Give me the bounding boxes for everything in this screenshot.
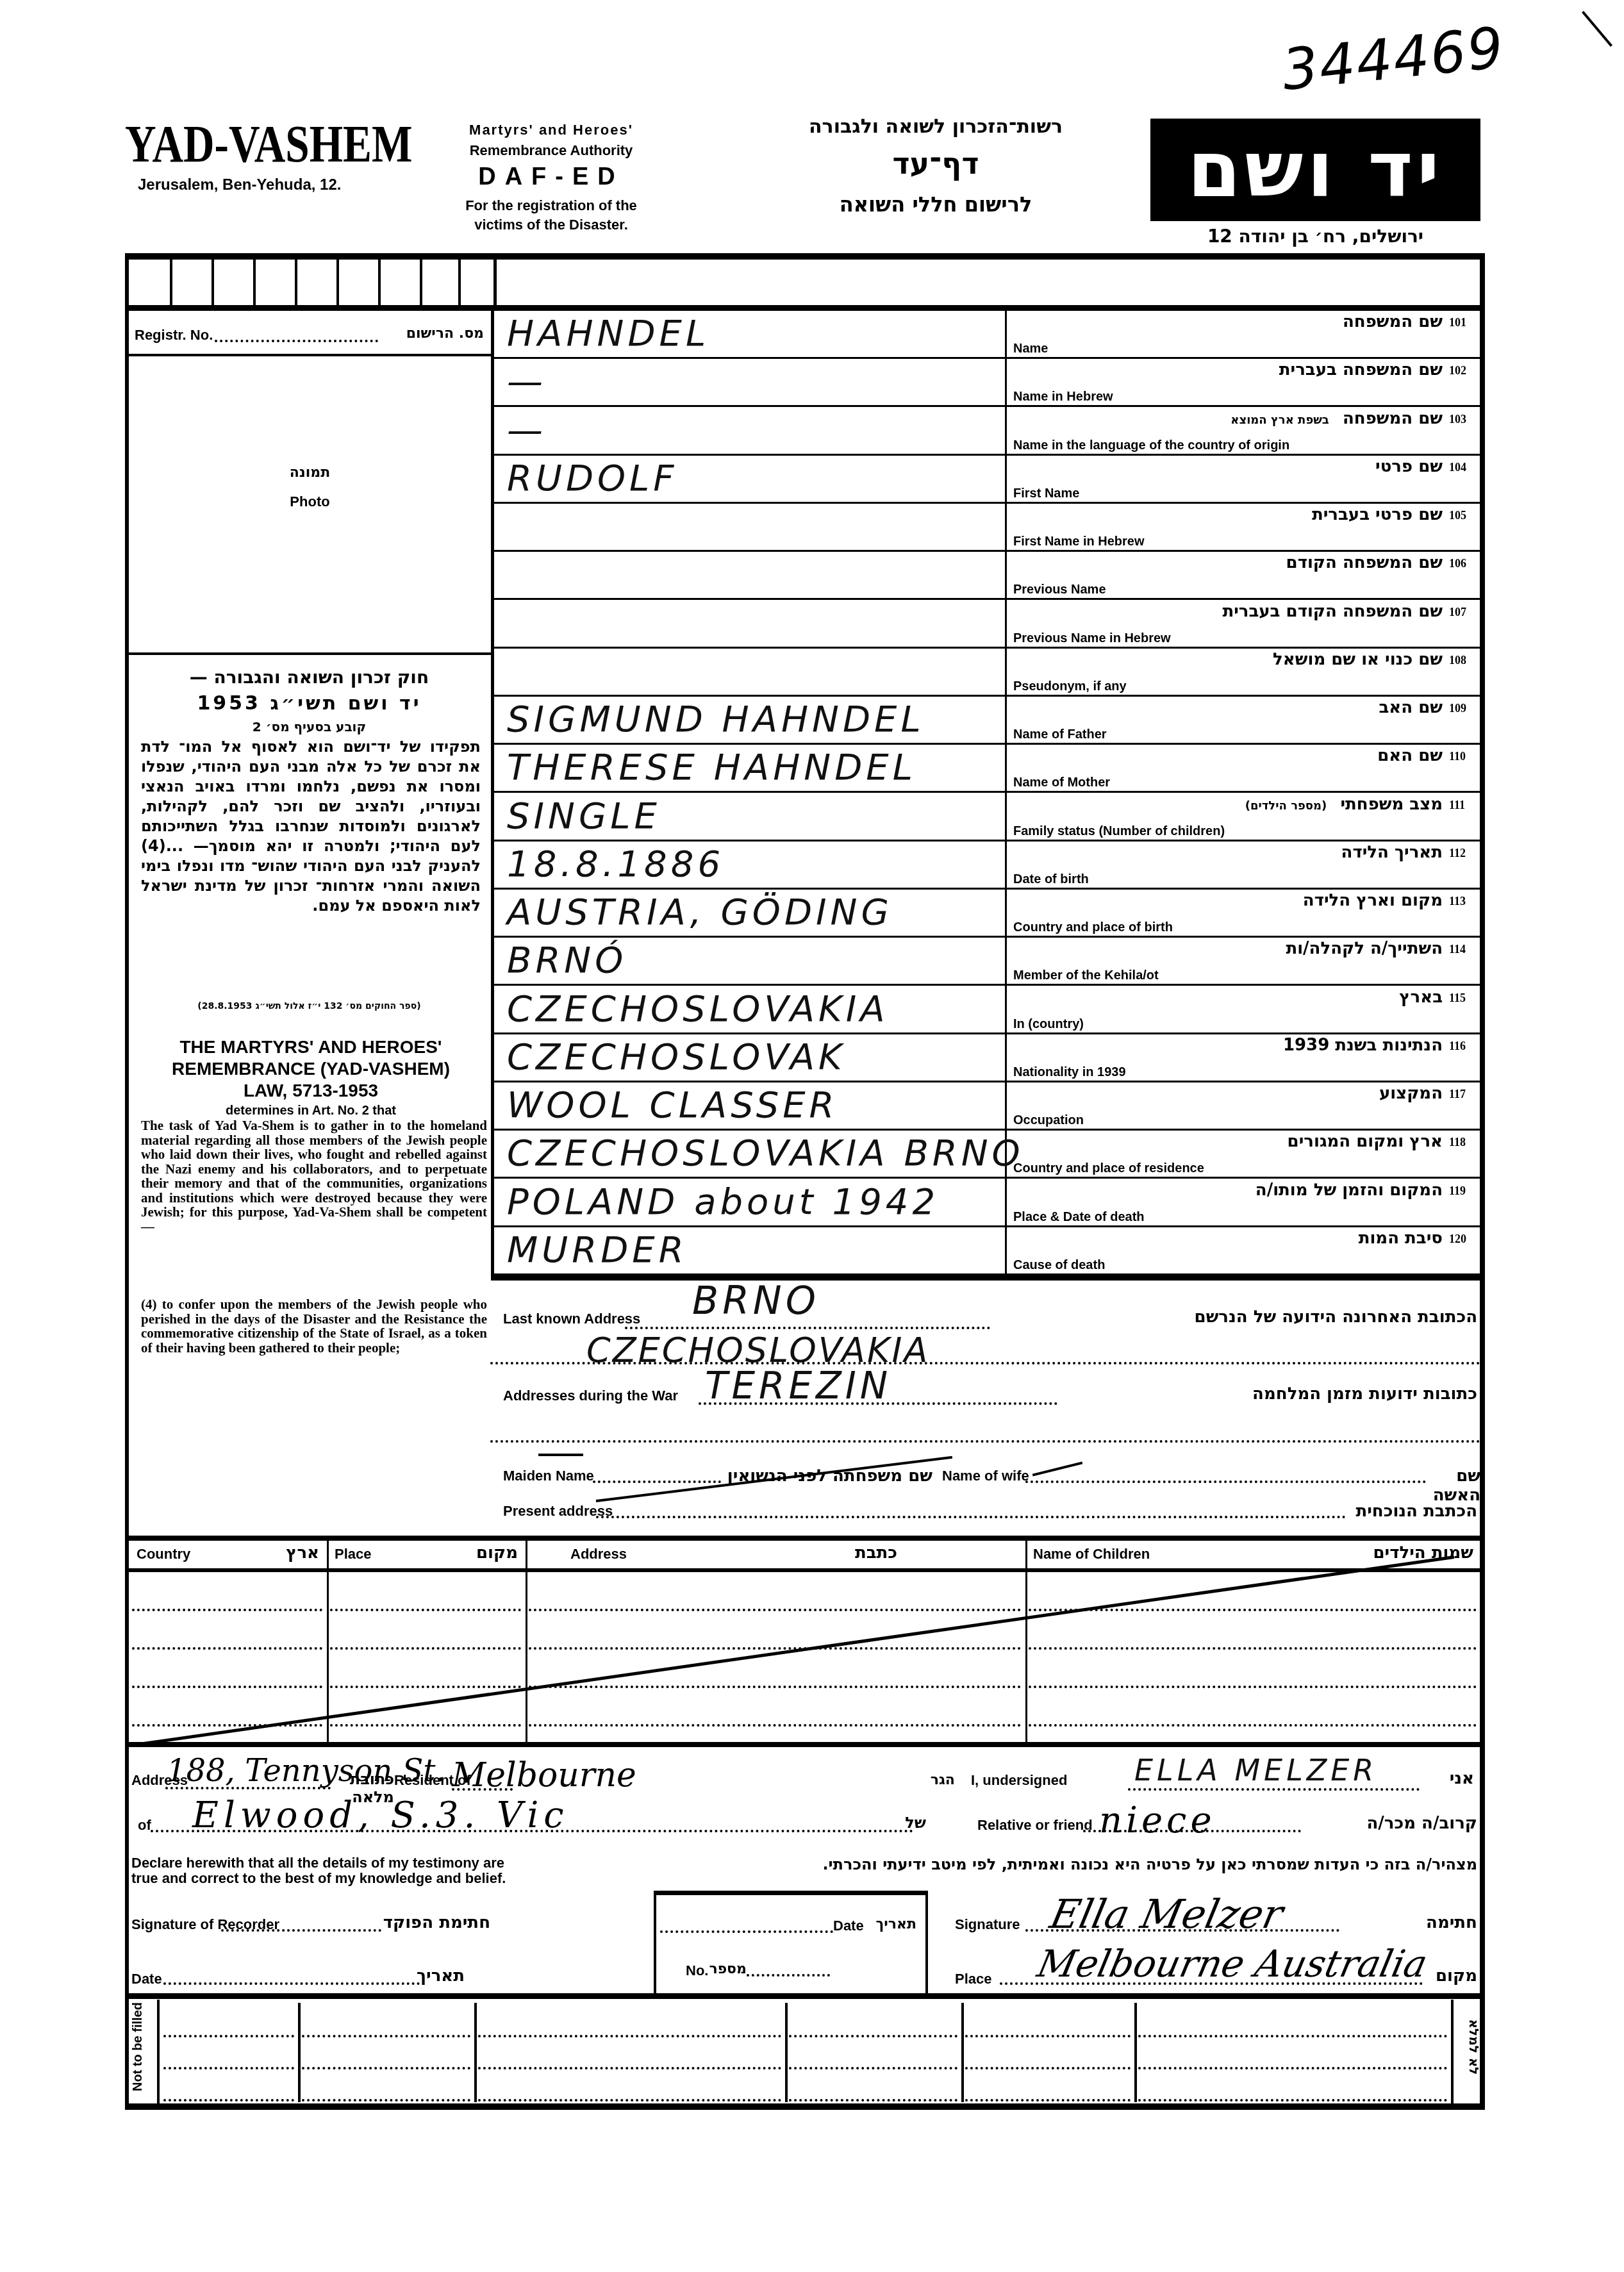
children-cell-input[interactable] [132, 1609, 322, 1611]
field-value[interactable]: BRNÓ [507, 940, 1007, 981]
field-label-en: Member of the Kehila/ot [1013, 968, 1159, 983]
registration-input[interactable] [215, 340, 378, 342]
field-label-he: שם המשפחה בשפת ארץ המוצא [1013, 409, 1443, 428]
address-bottom [129, 1536, 1481, 1541]
purpose-he: לרישום חללי השואה [769, 192, 1102, 217]
undersigned-label-he: אני [1423, 1769, 1474, 1788]
registration-label-he: מס. הרישום [378, 326, 484, 342]
of-input[interactable] [151, 1830, 913, 1832]
field-label-he: שם המשפחה הקודם בעברית [1013, 602, 1443, 621]
footer-cell [965, 2035, 1131, 2037]
signature-input[interactable] [1025, 1929, 1339, 1932]
last-known-label-he: הכתובת האחרונה הידועה של הנרשם [1000, 1307, 1477, 1327]
last-known-label-en: Last known Address [503, 1311, 640, 1327]
footer-left-divider [157, 2000, 160, 2105]
field-number: 120 [1449, 1232, 1466, 1246]
law-he-subtitle: קובע בסעיף מס׳ 2 [135, 719, 484, 734]
field-value[interactable]: 18.8.1886 [507, 844, 1007, 885]
footer-col-divider [1134, 2003, 1137, 2102]
office-no-label-he: מספר [708, 1961, 747, 1977]
footer-cell [302, 2099, 470, 2102]
children-cell-input[interactable] [132, 1724, 322, 1727]
field-label-en: First Name in Hebrew [1013, 535, 1145, 549]
footer-cell [789, 2035, 957, 2037]
relative-label-en: Relative or friend [977, 1817, 1093, 1834]
footer-cell [478, 2035, 781, 2037]
field-label-he-text: תאריך הלידה [1341, 843, 1443, 862]
children-col-header: Name of Children שמות הילדים [1025, 1541, 1481, 1569]
photo-bottom [129, 652, 492, 655]
witness-address-input[interactable] [165, 1787, 331, 1789]
declare-he: מצהיר/ה בזה כי העדות שמסרתי כאן על פרטיה… [510, 1855, 1477, 1873]
frame-right [1480, 253, 1485, 2109]
field-row-108: 108 שם כנוי או שם מושאל Pseudonym, if an… [494, 649, 1480, 697]
field-label-he: המקום והזמן של מותו/ה [1013, 1181, 1443, 1200]
footer-cell [478, 2099, 781, 2102]
footer-cell [1138, 2067, 1447, 2069]
frame-bottom [125, 2103, 1485, 2110]
document-number: 344469 [1279, 14, 1508, 103]
field-row-101: HAHNDEL 101 שם המשפחה Name [494, 311, 1480, 359]
present-input[interactable] [596, 1516, 1346, 1518]
children-col-header: Place מקום [327, 1541, 526, 1569]
field-row-120: MURDER 120 סיבת המות Cause of death [494, 1227, 1480, 1275]
address-en: Jerusalem, Ben-Yehuda, 12. [138, 176, 341, 194]
field-number: 118 [1449, 1136, 1466, 1149]
authority-en-2: Remembrance Authority [417, 142, 686, 159]
field-row-112: 18.8.1886 112 תאריך הלידה Date of birth [494, 842, 1480, 890]
field-row-104: RUDOLF 104 שם פרטי First Name [494, 456, 1480, 504]
field-label-he-text: מצב משפחתי [1340, 795, 1443, 814]
recorder-label-he: חתימת הפוקד [378, 1913, 490, 1932]
strip-divider [170, 256, 172, 308]
field-label-en: Name of Mother [1013, 775, 1110, 790]
children-cell-input[interactable] [330, 1609, 521, 1611]
footer-col-divider [298, 2003, 301, 2102]
field-row-115: CZECHOSLOVAKIA 115 בארץ In (country) [494, 986, 1480, 1034]
field-label-he-text: בארץ [1399, 988, 1443, 1007]
field-number: 102 [1449, 364, 1466, 377]
field-label-he: סיבת המות [1013, 1229, 1443, 1248]
field-number: 108 [1449, 654, 1466, 667]
field-label-he: שם האב [1013, 698, 1443, 717]
registration-label-en: Registr. No. [135, 327, 213, 344]
footer-cell [965, 2099, 1131, 2102]
footer-cell [302, 2067, 470, 2069]
children-cell-input[interactable] [1029, 1724, 1477, 1727]
undersigned-input[interactable] [1128, 1788, 1420, 1791]
footer-cell [163, 2035, 294, 2037]
field-row-119: POLAND about 1942 119 המקום והזמן של מות… [494, 1179, 1480, 1227]
field-row-line [494, 1177, 1480, 1179]
field-label-he-text: שם המשפחה הקודם [1286, 553, 1443, 572]
field-label-en: Nationality in 1939 [1013, 1065, 1126, 1080]
field-row-line [494, 984, 1480, 986]
children-cell-input[interactable] [132, 1686, 322, 1688]
office-box [654, 1891, 928, 1999]
field-row-102: — 102 שם המשפחה בעברית Name in Hebrew [494, 359, 1480, 407]
field-label-en: Occupation [1013, 1113, 1084, 1128]
field-label-he: הנתינות בשנת 1939 [1013, 1036, 1443, 1055]
field-label-en: Previous Name in Hebrew [1013, 631, 1171, 646]
field-label-he-small: (מספר הילדים) [1245, 799, 1327, 813]
form-name-he: דף־עד [769, 146, 1102, 181]
law-en-body2: (4) to confer upon the members of the Je… [141, 1297, 487, 1355]
field-number: 101 [1449, 316, 1466, 329]
wife-label-he: שם האשה [1423, 1466, 1480, 1505]
strip-bottom [125, 305, 1485, 311]
last-known-input-1[interactable] [625, 1327, 990, 1329]
field-label-en: First Name [1013, 486, 1079, 501]
children-cell-input[interactable] [330, 1647, 521, 1650]
field-value[interactable]: — [507, 361, 1007, 402]
children-col-header: Address כתבת [526, 1541, 1025, 1569]
brand-en: YAD-VASHEM [125, 114, 412, 174]
field-number: 109 [1449, 702, 1466, 715]
frame-top [125, 253, 1485, 260]
field-label-he-text: המקום והזמן של מותו/ה [1255, 1181, 1443, 1200]
field-label-he: שם פרטי בעברית [1013, 505, 1443, 524]
field-label-he: שם האם [1013, 746, 1443, 765]
field-label-he-text: סיבת המות [1359, 1229, 1443, 1248]
office-no-label-en: No. [686, 1962, 708, 1979]
place-input[interactable] [1000, 1982, 1423, 1985]
field-row-106: 106 שם המשפחה הקודם Previous Name [494, 552, 1480, 600]
field-label-en: Date of birth [1013, 872, 1089, 887]
declare-en: Declare herewith that all the details of… [131, 1855, 510, 1886]
field-label-he-text: שם האב [1379, 698, 1443, 717]
brand-he-logo: יד ושם [1150, 119, 1480, 221]
children-table-bottom [129, 1742, 1481, 1747]
of-label-en: of [138, 1817, 151, 1834]
war-input-2[interactable] [490, 1440, 1480, 1443]
field-number: 106 [1449, 557, 1466, 570]
field-label-he-text: שם פרטי בעברית [1312, 505, 1443, 524]
signature-label-en: Signature [955, 1916, 1020, 1933]
resident-input[interactable] [452, 1788, 513, 1791]
strip-divider [420, 256, 422, 308]
field-number: 105 [1449, 509, 1466, 522]
children-cell-input[interactable] [330, 1686, 521, 1688]
field-number: 111 [1449, 799, 1465, 812]
strip-divider [458, 256, 461, 308]
children-strike [134, 1555, 1454, 1746]
field-label-he: ארץ ומקום המגורים [1013, 1132, 1443, 1151]
last-known-input-2[interactable] [490, 1362, 1480, 1364]
field-label-he-text: שם פרטי [1375, 457, 1443, 476]
children-cell-input[interactable] [1029, 1647, 1477, 1650]
children-header-bottom [129, 1568, 1481, 1572]
field-value[interactable]: MURDER [507, 1230, 1007, 1271]
place-label-he: מקום [1410, 1966, 1477, 1986]
not-to-be-filled-he: לא למלא [1466, 1993, 1482, 2102]
authority-en-1: Martyrs' and Heroes' [417, 122, 686, 138]
footer-right-divider [1451, 2000, 1454, 2105]
field-row-line [494, 405, 1480, 407]
authority-he: רשות־הזכרון לשואה ולגבורה [769, 115, 1102, 138]
undersigned-value[interactable]: ELLA MELZER [1134, 1753, 1377, 1787]
form-name-en: DAF-ED [417, 163, 686, 191]
maiden-input[interactable] [593, 1480, 721, 1483]
address-he: ירושלים, רח׳ בן יהודה 12 [1150, 226, 1480, 247]
footer-col-divider [785, 2003, 788, 2102]
field-label-en: Family status (Number of children) [1013, 824, 1225, 839]
col-header-en: Name of Children [1033, 1546, 1150, 1563]
relative-input[interactable] [1083, 1830, 1301, 1832]
field-label-he-text: שם המשפחה הקודם בעברית [1222, 602, 1443, 621]
footer-col-divider [961, 2003, 964, 2102]
field-label-en: Country and place of residence [1013, 1161, 1204, 1176]
maiden-label-en: Maiden Name [503, 1468, 594, 1484]
purpose-en-2: victims of the Disaster. [417, 217, 686, 233]
field-value[interactable]: — [507, 410, 1007, 451]
resident-label-he: הגר [923, 1772, 955, 1788]
law-he-title1: חוק זכרון השואה והגבורה — [135, 667, 484, 688]
field-row-114: BRNÓ 114 השתייך/ה לקהלה/ות Member of the… [494, 938, 1480, 986]
not-to-be-filled-label: Not to be filled [131, 1993, 145, 2102]
field-value[interactable]: AUSTRIA, GÖDING [507, 892, 1007, 933]
field-label-en: Cause of death [1013, 1258, 1105, 1273]
field-number: 119 [1449, 1184, 1466, 1198]
last-known-value-1[interactable]: BRNO [692, 1279, 820, 1323]
field-value[interactable]: HAHNDEL [507, 313, 1007, 354]
field-value[interactable]: CZECHOSLOVAK [507, 1037, 1007, 1078]
field-label-he: שם המשפחה הקודם [1013, 553, 1443, 572]
field-value[interactable]: SINGLE [507, 796, 1007, 837]
date-label-en: Date [131, 1971, 162, 1987]
field-label-en: Country and place of birth [1013, 920, 1173, 935]
signature-label-he: חתימה [1339, 1913, 1477, 1932]
field-label-he: תאריך הלידה [1013, 843, 1443, 862]
office-no-input[interactable] [747, 1974, 830, 1977]
field-row-line [494, 791, 1480, 793]
field-label-he: בארץ [1013, 988, 1443, 1007]
footer-cell [789, 2067, 957, 2069]
field-label-he-text: שם כנוי או שם מושאל [1273, 650, 1443, 669]
field-number: 113 [1449, 895, 1466, 908]
field-label-he: השתייך/ה לקהלה/ות [1013, 939, 1443, 958]
field-label-he: שם המשפחה בעברית [1013, 360, 1443, 379]
field-row-109: SIGMUND HAHNDEL 109 שם האב Name of Fathe… [494, 697, 1480, 745]
field-row-111: SINGLE 111 מצב משפחתי (מספר הילדים) Fami… [494, 793, 1480, 842]
strip-divider [493, 256, 497, 308]
wife-label-en: Name of wife [942, 1468, 1029, 1484]
children-cell-input[interactable] [529, 1686, 1021, 1688]
footer-cell [1138, 2035, 1447, 2037]
field-value[interactable]: CZECHOSLOVAKIA [507, 989, 1007, 1030]
recorder-input[interactable] [221, 1929, 381, 1932]
field-value[interactable]: THERESE HAHNDEL [507, 747, 1007, 788]
field-number: 110 [1449, 750, 1466, 763]
war-input-1[interactable] [699, 1402, 1057, 1405]
field-label-he: המקצוע [1013, 1084, 1443, 1103]
field-number: 115 [1449, 991, 1466, 1005]
date-label-he: תאריך [417, 1966, 465, 1986]
children-cell-input[interactable] [529, 1724, 1021, 1727]
date-input[interactable] [163, 1982, 420, 1985]
field-label-en: Name of Father [1013, 727, 1107, 742]
field-label-he-text: שם המשפחה בעברית [1279, 360, 1443, 379]
field-number: 112 [1449, 847, 1466, 860]
field-number: 104 [1449, 461, 1466, 474]
present-label-he: הכתבת הנוכחית [1346, 1502, 1477, 1521]
strip-divider [295, 256, 297, 308]
place-value[interactable]: Melbourne Australia [1034, 1942, 1431, 1986]
wife-strike [1032, 1461, 1083, 1476]
field-row-103: — 103 שם המשפחה בשפת ארץ המוצא Name in t… [494, 408, 1480, 456]
strip-divider [253, 256, 256, 308]
law-en-title1: THE MARTYRS' AND HEROES' [135, 1037, 487, 1057]
war-label-en: Addresses during the War [503, 1388, 678, 1404]
footer-cell [302, 2035, 470, 2037]
field-label-he: שם פרטי [1013, 457, 1443, 476]
field-row-118: CZECHOSLOVAKIA BRNO 118 ארץ ומקום המגורי… [494, 1131, 1480, 1179]
purpose-en-1: For the registration of the [417, 197, 686, 214]
field-row-107: 107 שם המשפחה הקודם בעברית Previous Name… [494, 601, 1480, 649]
photo-label-en: Photo [129, 493, 491, 510]
footer-cell [478, 2067, 781, 2069]
field-label-he: מקום וארץ הלידה [1013, 891, 1443, 910]
field-label-he-text: שם האם [1377, 746, 1443, 765]
brand-he: יד ושם [1188, 126, 1443, 215]
field-row-110: THERESE HAHNDEL 110 שם האם Name of Mothe… [494, 745, 1480, 793]
field-row-line [494, 598, 1480, 600]
field-label-he-text: ארץ ומקום המגורים [1288, 1132, 1443, 1151]
field-number: 117 [1449, 1088, 1466, 1101]
children-cell-input[interactable] [529, 1647, 1021, 1650]
field-row-116: CZECHOSLOVAK 116 הנתינות בשנת 1939 Natio… [494, 1034, 1480, 1082]
law-he-citation: (ספר החוקים מס׳ 132 י״ז אלול תשי״ג 28.8.… [135, 1001, 484, 1011]
field-value[interactable]: WOOL CLASSER [507, 1085, 1007, 1126]
children-cell-input[interactable] [529, 1609, 1021, 1611]
footer-cell [1138, 2099, 1447, 2102]
corner-mark [1582, 11, 1612, 47]
field-label-he-text: השתייך/ה לקהלה/ות [1286, 939, 1443, 958]
field-label-he-text: המקצוע [1379, 1084, 1443, 1103]
field-number: 116 [1449, 1040, 1466, 1053]
field-label-en: Name in Hebrew [1013, 390, 1113, 404]
field-value[interactable]: RUDOLF [507, 458, 1007, 499]
field-number: 114 [1449, 943, 1466, 956]
col-header-he: כתבת [855, 1543, 897, 1563]
field-label-en: Previous Name [1013, 583, 1106, 597]
war-label-he: כתובות ידועות מזמן המלחמה [1057, 1384, 1477, 1404]
fields-bottom [491, 1275, 1484, 1281]
children-cell-input[interactable] [132, 1647, 322, 1650]
footer-cell [965, 2067, 1131, 2069]
witness-bottom [129, 1993, 1481, 1999]
footer-cell [789, 2099, 957, 2102]
strip-divider [211, 256, 214, 308]
footer-col-divider [474, 2003, 477, 2102]
col-header-he: ארץ [286, 1543, 319, 1563]
field-label-en: Name in the language of the country of o… [1013, 438, 1289, 453]
field-label-en: Name [1013, 342, 1048, 356]
photo-label-he: תמונה [129, 465, 491, 481]
children-cell-input[interactable] [330, 1724, 521, 1727]
field-label-he-text: שם המשפחה [1343, 312, 1443, 331]
field-row-113: AUSTRIA, GÖDING 113 מקום וארץ הלידה Coun… [494, 890, 1480, 938]
law-en-title2: REMEMBRANCE (YAD-VASHEM) [135, 1059, 487, 1079]
place-label-en: Place [955, 1971, 992, 1987]
law-he-body: תפקידו של יד־ושם הוא לאסוף אל המו־ לדת א… [141, 737, 481, 916]
maiden-dash [538, 1454, 583, 1456]
relative-value[interactable]: niece [1099, 1800, 1216, 1841]
field-row-105: 105 שם פרטי בעברית First Name in Hebrew [494, 504, 1480, 552]
of-label-he: של [894, 1814, 926, 1832]
strip-divider [336, 256, 339, 308]
field-label-he-small: בשפת ארץ המוצא [1230, 413, 1329, 427]
field-label-he-text: הנתינות בשנת 1939 [1283, 1036, 1443, 1055]
field-number: 103 [1449, 413, 1466, 426]
field-label-he: מצב משפחתי (מספר הילדים) [1013, 795, 1443, 814]
field-label-he: שם כנוי או שם מושאל [1013, 650, 1443, 669]
footer-cell [163, 2067, 294, 2069]
field-row-117: WOOL CLASSER 117 המקצוע Occupation [494, 1082, 1480, 1131]
law-en-subtitle: determines in Art. No. 2 that [135, 1104, 487, 1118]
col-header-en: Place [335, 1546, 372, 1563]
field-label-he-text: שם המשפחה [1343, 409, 1443, 428]
col-header-he: מקום [476, 1543, 518, 1563]
office-date-input[interactable] [660, 1930, 833, 1933]
office-date-label-en: Date [833, 1918, 864, 1934]
field-value[interactable]: SIGMUND HAHNDEL [507, 699, 1007, 740]
field-label-en: Place & Date of death [1013, 1210, 1145, 1225]
field-value[interactable]: POLAND about 1942 [507, 1182, 1007, 1223]
field-label-he-text: מקום וארץ הלידה [1303, 891, 1443, 910]
law-en-title3: LAW, 5713-1953 [135, 1081, 487, 1101]
children-cell-input[interactable] [1029, 1686, 1477, 1688]
law-he-title2: יד ושם תשי״ג 1953 [135, 692, 484, 715]
field-label-he: שם המשפחה [1013, 312, 1443, 331]
col-header-en: Country [137, 1546, 190, 1563]
relative-label-he: קרוב/ה מכר/ה [1301, 1814, 1477, 1833]
field-label-en: Pseudonym, if any [1013, 679, 1127, 694]
strip-divider [378, 256, 381, 308]
field-number: 107 [1449, 606, 1466, 619]
field-value[interactable]: CZECHOSLOVAKIA BRNO [507, 1133, 1007, 1174]
children-col-header: Country ארץ [129, 1541, 327, 1569]
undersigned-label-en: I, undersigned [971, 1772, 1067, 1789]
footer-cell [163, 2099, 294, 2102]
field-label-en: In (country) [1013, 1017, 1084, 1032]
col-header-en: Address [570, 1546, 627, 1563]
wife-input[interactable] [1025, 1480, 1426, 1483]
office-date-label-he: תאריך [868, 1916, 916, 1932]
war-value[interactable]: TEREZIN [705, 1364, 891, 1407]
law-en-body: The task of Yad Va-Shem is to gather in … [141, 1118, 487, 1234]
